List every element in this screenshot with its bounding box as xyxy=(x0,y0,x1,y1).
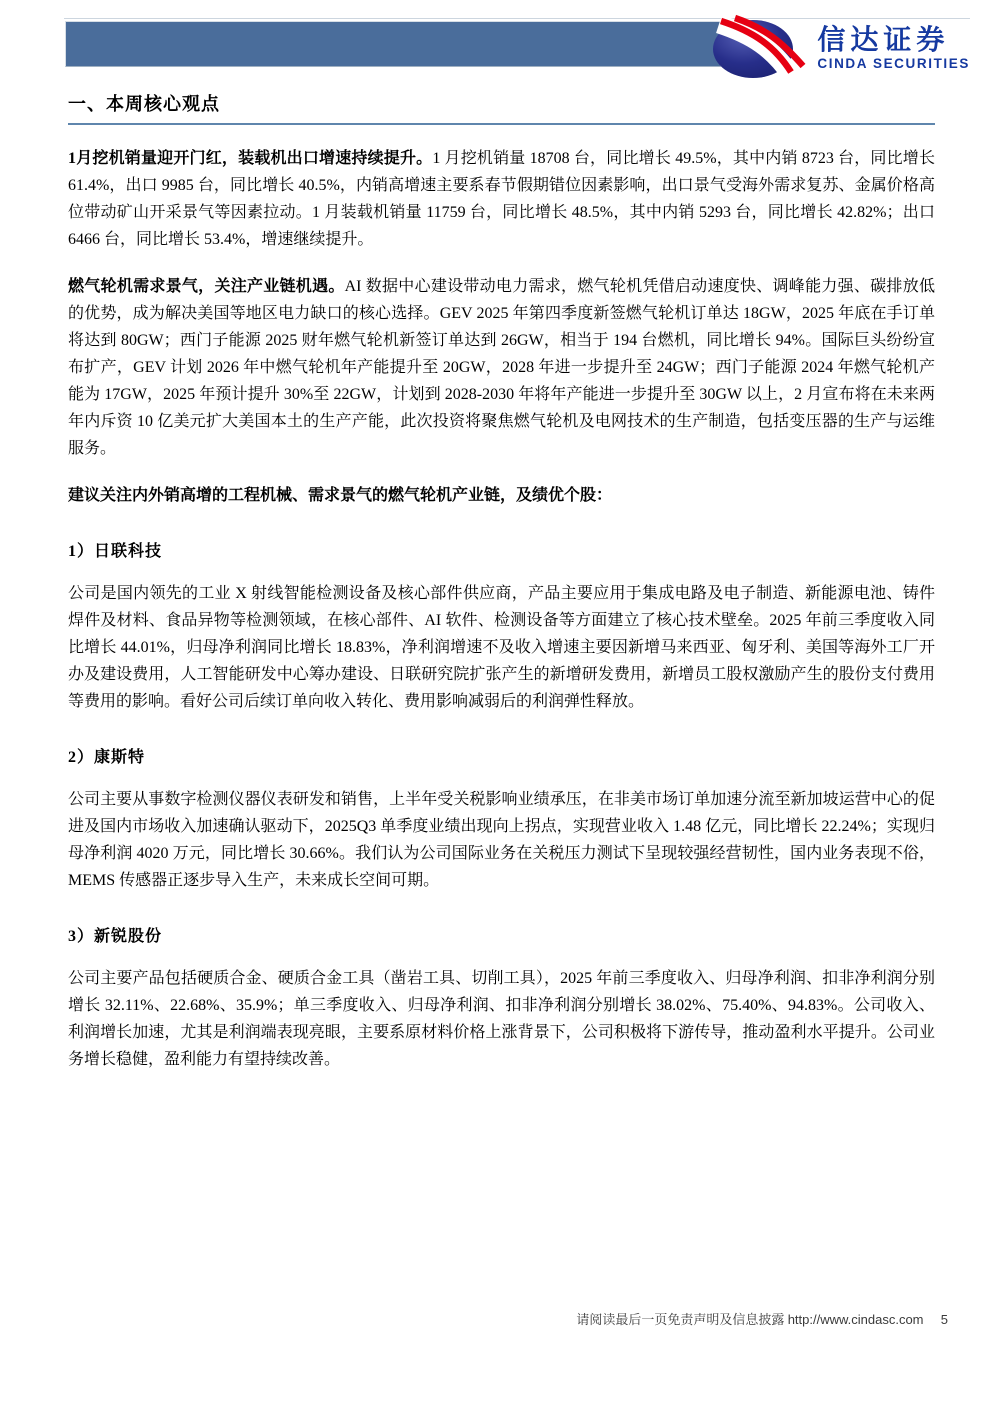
footer-disclaimer: 请阅读最后一页免责声明及信息披露 xyxy=(576,1312,784,1327)
report-page: 信达证券 CINDA SECURITIES 一、本周核心观点 1月挖机销量迎开门… xyxy=(0,0,1000,1414)
stock-body-conste: 公司主要从事数字检测仪器仪表研发和销售，上半年受关税影响业绩承压，在非美市场订单… xyxy=(68,786,935,894)
page-number: 5 xyxy=(941,1312,948,1327)
paragraph-lead: 燃气轮机需求景气，关注产业链机遇。 xyxy=(68,278,345,295)
stock-heading-xinrui: 3）新锐股份 xyxy=(68,923,935,946)
header-bar xyxy=(65,21,721,67)
paragraph-gas-turbine: 燃气轮机需求景气，关注产业链机遇。AI 数据中心建设带动电力需求，燃气轮机凭借启… xyxy=(68,273,935,462)
logo-name-cn: 信达证券 xyxy=(817,25,970,54)
section-title: 一、本周核心观点 xyxy=(68,90,935,125)
paragraph-excavator-sales: 1月挖机销量迎开门红，装载机出口增速持续提升。1 月挖机销量 18708 台，同… xyxy=(68,145,935,253)
paragraph-text: AI 数据中心建设带动电力需求，燃气轮机凭借启动速度快、调峰能力强、碳排放低的优… xyxy=(68,278,935,457)
cinda-logo: 信达证券 CINDA SECURITIES xyxy=(711,17,970,79)
footer-url-link[interactable]: http://www.cindasc.com xyxy=(788,1312,924,1327)
paragraph-lead: 1月挖机销量迎开门红，装载机出口增速持续提升。 xyxy=(68,150,432,167)
stock-body-rilian: 公司是国内领先的工业 X 射线智能检测设备及核心部件供应商，产品主要应用于集成电… xyxy=(68,580,935,715)
paragraph-lead: 建议关注内外销高增的工程机械、需求景气的燃气轮机产业链，及绩优个股： xyxy=(68,487,612,504)
stock-heading-rilian: 1）日联科技 xyxy=(68,538,935,561)
page-footer: 请阅读最后一页免责声明及信息披露 http://www.cindasc.com … xyxy=(576,1309,948,1328)
cinda-logo-icon xyxy=(711,17,811,79)
logo-name-en: CINDA SECURITIES xyxy=(817,56,970,71)
paragraph-recommendation: 建议关注内外销高增的工程机械、需求景气的燃气轮机产业链，及绩优个股： xyxy=(68,482,935,509)
cinda-logo-text: 信达证券 CINDA SECURITIES xyxy=(817,25,970,71)
report-body: 一、本周核心观点 1月挖机销量迎开门红，装载机出口增速持续提升。1 月挖机销量 … xyxy=(68,90,935,1073)
stock-heading-conste: 2）康斯特 xyxy=(68,744,935,767)
stock-body-xinrui: 公司主要产品包括硬质合金、硬质合金工具（凿岩工具、切削工具），2025 年前三季… xyxy=(68,965,935,1073)
